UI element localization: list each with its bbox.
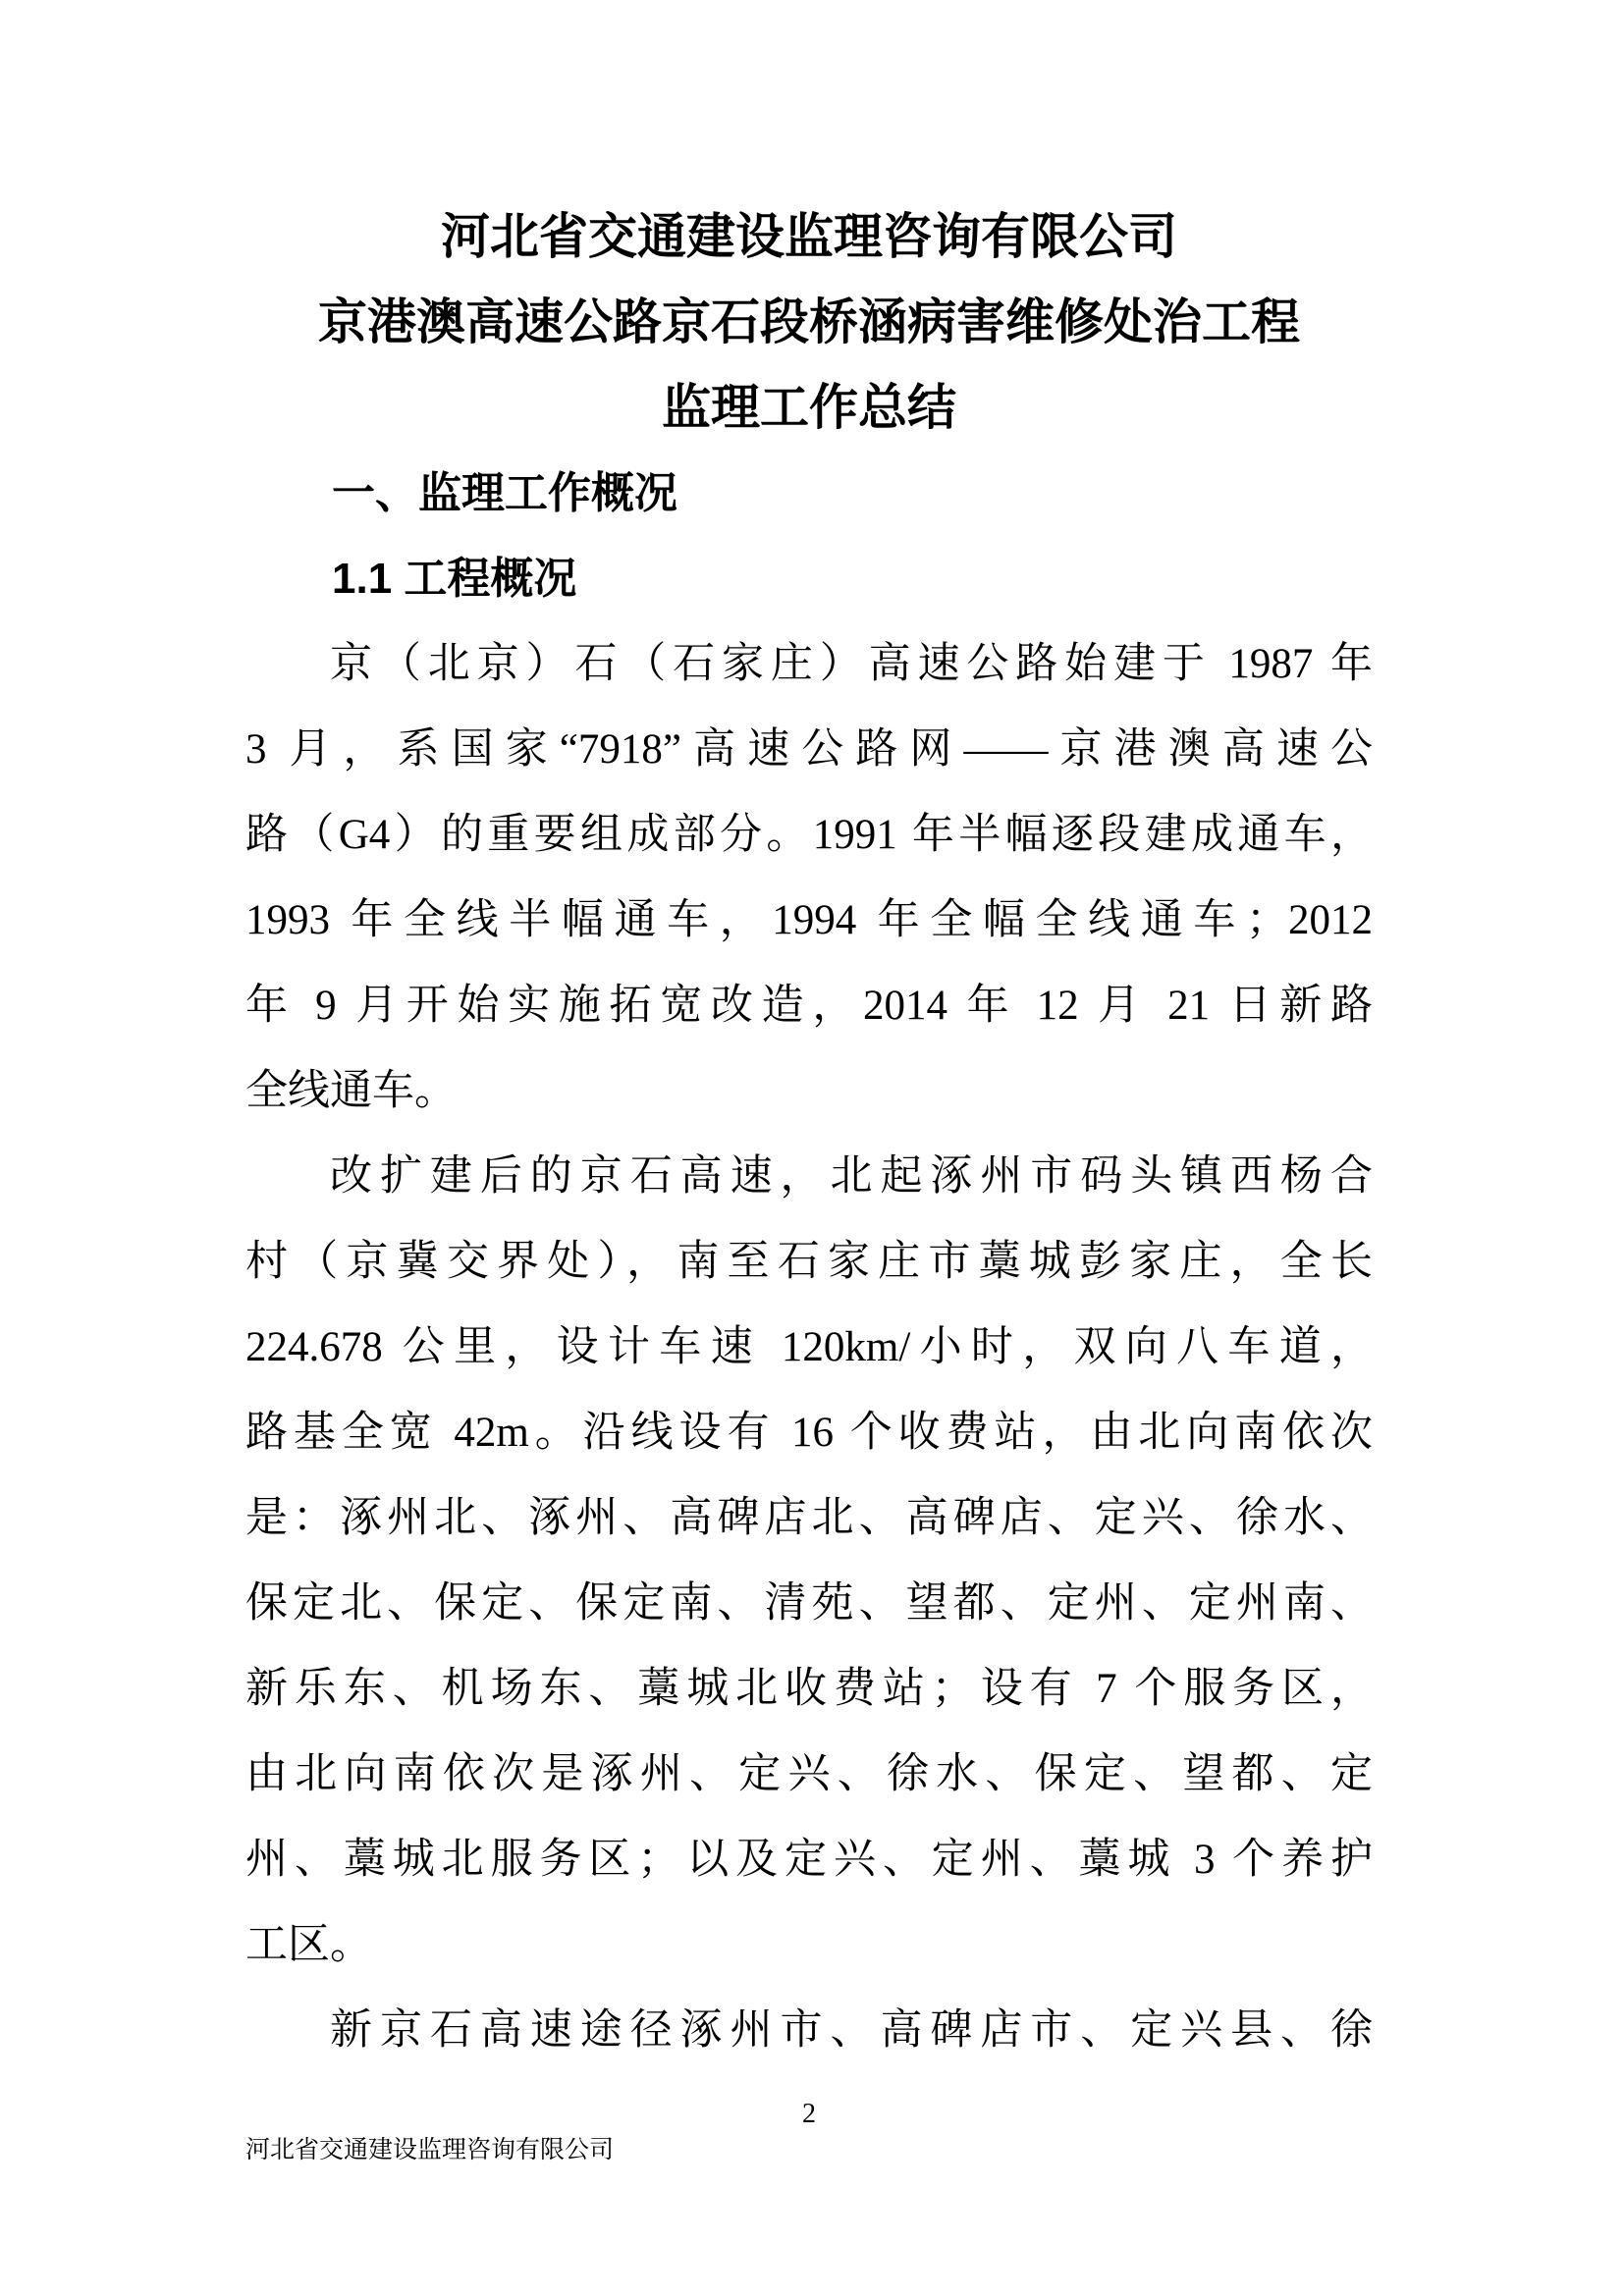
body-line: 改扩建后的京石高速，北起涿州市码头镇西杨合 [245,1134,1373,1219]
body-line: 新乐东、机场东、藁城北收费站；设有 7 个服务区， [245,1646,1373,1732]
body-line: 1993 年全线半幅通车，1994 年全幅全线通车；2012 [245,878,1373,963]
footer-company-name: 河北省交通建设监理咨询有限公司 [245,2136,614,2165]
body-paragraphs: 京（北京）石（石家庄）高速公路始建于 1987 年3 月，系国家“7918”高速… [245,621,1373,2073]
body-line: 3 月，系国家“7918”高速公路网——京港澳高速公 [245,707,1373,792]
body-line: 京（北京）石（石家庄）高速公路始建于 1987 年 [245,621,1373,707]
body-line: 州、藁城北服务区；以及定兴、定州、藁城 3 个养护 [245,1817,1373,1902]
body-line: 年 9 月开始实施拓宽改造，2014 年 12 月 21 日新路 [245,963,1373,1048]
document-content: 河北省交通建设监理咨询有限公司 京港澳高速公路京石段桥涵病害维修处治工程 监理工… [245,194,1373,2073]
title-report: 监理工作总结 [245,365,1373,451]
body-line: 全线通车。 [245,1048,1373,1134]
body-line: 工区。 [245,1902,1373,1988]
body-line: 保定北、保定、保定南、清苑、望都、定州、定州南、 [245,1561,1373,1646]
title-project: 京港澳高速公路京石段桥涵病害维修处治工程 [245,280,1373,365]
body-line: 路基全宽 42m。沿线设有 16 个收费站，由北向南依次 [245,1390,1373,1475]
section-heading: 一、监理工作概况 [245,451,1373,536]
document-page: 河北省交通建设监理咨询有限公司 京港澳高速公路京石段桥涵病害维修处治工程 监理工… [0,0,1624,2296]
subsection-heading: 1.1 工程概况 [245,536,1373,621]
body-line: 是：涿州北、涿州、高碑店北、高碑店、定兴、徐水、 [245,1475,1373,1561]
body-line: 村（京冀交界处），南至石家庄市藁城彭家庄，全长 [245,1219,1373,1305]
body-line: 224.678 公里，设计车速 120km/小时，双向八车道， [245,1305,1373,1390]
body-line: 新京石高速途径涿州市、高碑店市、定兴县、徐 [245,1988,1373,2073]
body-line: 路（G4）的重要组成部分。1991 年半幅逐段建成通车， [245,792,1373,878]
page-number: 2 [245,2099,1373,2130]
body-line: 由北向南依次是涿州、定兴、徐水、保定、望都、定 [245,1732,1373,1817]
title-company: 河北省交通建设监理咨询有限公司 [245,194,1373,280]
